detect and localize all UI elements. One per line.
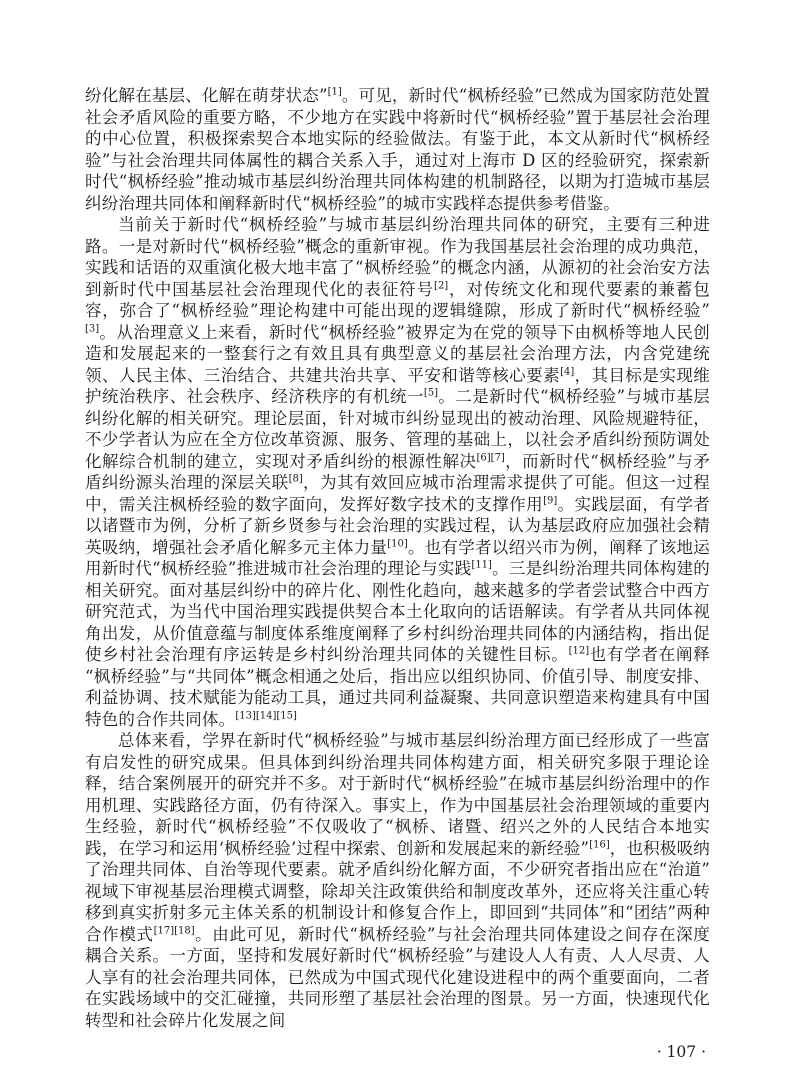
citation-ref: [18] (174, 925, 195, 936)
citation-ref: [10] (387, 538, 408, 549)
citation-ref: [8] (289, 474, 303, 485)
citation-ref: [5] (424, 388, 438, 399)
citation-ref: [14] (256, 710, 277, 721)
citation-ref: [17] (154, 925, 175, 936)
citation-ref: [3] (85, 323, 99, 334)
paragraph-2: 当前关于新时代“枫桥经验”与城市基层纠纷治理共同体的研究，主要有三种进路。一是对… (85, 214, 710, 730)
citation-ref: [1] (328, 87, 342, 98)
citation-ref: [11] (471, 560, 492, 571)
citation-ref: [9] (543, 495, 557, 506)
citation-ref: [12] (569, 646, 590, 657)
citation-ref: [6] (477, 452, 491, 463)
citation-ref: [7] (491, 452, 505, 463)
page-number: · 107 · (657, 1043, 706, 1061)
journal-page: 纷化解在基层、化解在萌芽状态”[1]。可见，新时代“枫桥经验”已然成为国家防范处… (0, 0, 794, 1077)
citation-ref: [15] (276, 710, 297, 721)
page-footer: · 107 · (85, 1042, 710, 1062)
paragraph-3: 总体来看，学界在新时代“枫桥经验”与城市基层纠纷治理方面已经形成了一些富有启发性… (85, 730, 710, 1031)
citation-ref: [4] (560, 366, 574, 377)
article-body: 纷化解在基层、化解在萌芽状态”[1]。可见，新时代“枫桥经验”已然成为国家防范处… (85, 85, 710, 1031)
citation-ref: [16] (589, 839, 610, 850)
paragraph-1: 纷化解在基层、化解在萌芽状态”[1]。可见，新时代“枫桥经验”已然成为国家防范处… (85, 85, 710, 214)
citation-ref: [2] (434, 280, 448, 291)
citation-ref: [13] (235, 710, 256, 721)
